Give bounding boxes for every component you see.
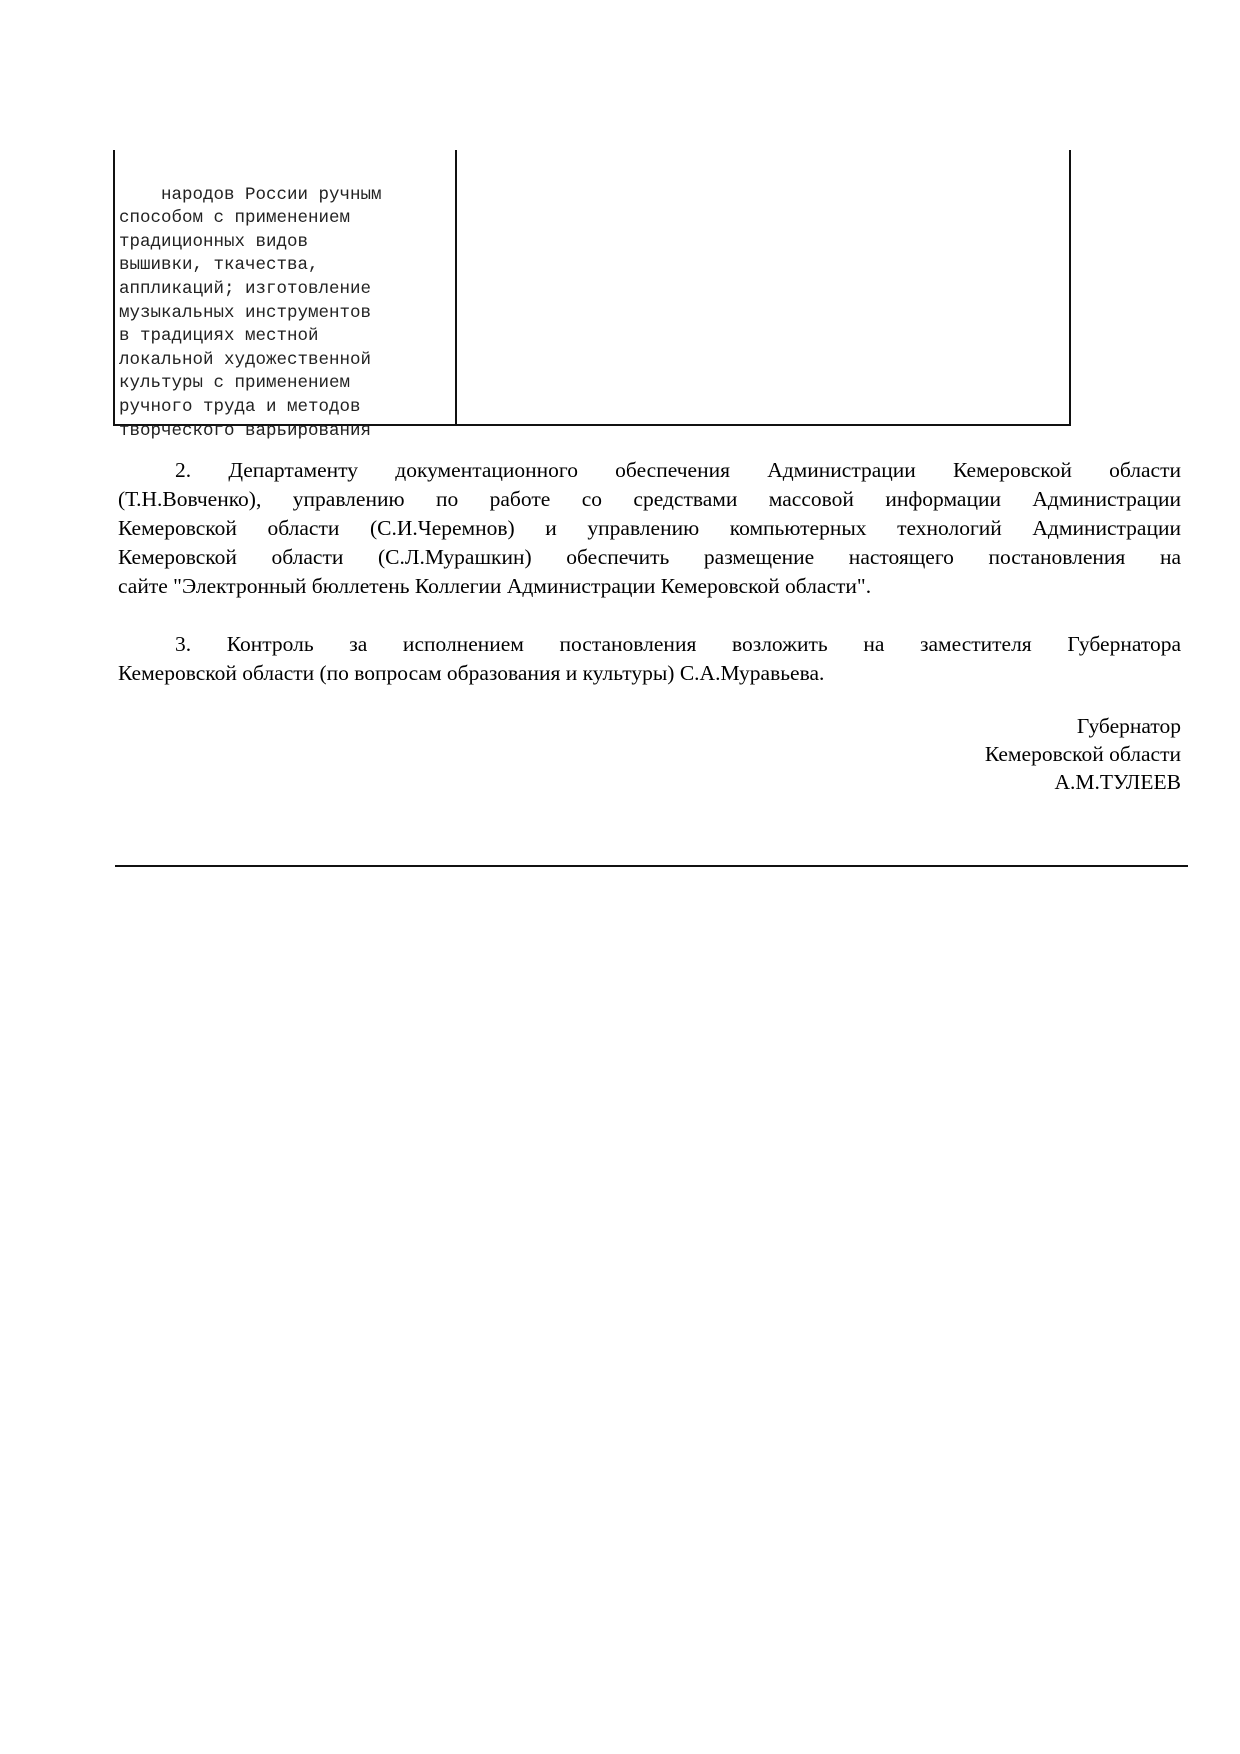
table-cell-line: творческого варьирования	[119, 421, 371, 441]
paragraph-line: (Т.Н.Вовченко), управлению по работе со …	[118, 485, 1181, 514]
table-cell-line: аппликаций; изготовление	[119, 279, 371, 299]
horizontal-rule	[115, 865, 1188, 867]
signature-name: А.М.ТУЛЕЕВ	[985, 768, 1181, 796]
paragraph-3: 3. Контроль за исполнением постановления…	[118, 630, 1181, 688]
continuation-table: народов России ручным способом с примене…	[113, 150, 1071, 426]
table-cell-description: народов России ручным способом с примене…	[119, 160, 451, 467]
signature-region: Кемеровской области	[985, 740, 1181, 768]
table-cell-line: вышивки, ткачества,	[119, 255, 319, 275]
paragraph-line: сайте "Электронный бюллетень Коллегии Ад…	[118, 572, 1181, 601]
table-cell-line: способом с применением	[119, 208, 350, 228]
table-cell-line: культуры с применением	[119, 373, 350, 393]
paragraph-line: Кемеровской области (С.Л.Мурашкин) обесп…	[118, 543, 1181, 572]
table-column-divider	[455, 150, 457, 424]
signature-title: Губернатор	[985, 712, 1181, 740]
signature-block: Губернатор Кемеровской области А.М.ТУЛЕЕ…	[985, 712, 1181, 796]
table-cell-line: традиционных видов	[119, 232, 308, 252]
paragraph-line: Кемеровской области (по вопросам образов…	[118, 659, 1181, 688]
table-cell-line: музыкальных инструментов	[119, 303, 371, 323]
paragraph-line: Кемеровской области (С.И.Черемнов) и упр…	[118, 514, 1181, 543]
paragraph-2: 2. Департаменту документационного обеспе…	[118, 456, 1181, 601]
table-cell-line: в традициях местной	[119, 326, 319, 346]
table-cell-line: народов России ручным	[161, 185, 382, 205]
table-cell-line: ручного труда и методов	[119, 397, 361, 417]
table-cell-line: локальной художественной	[119, 350, 371, 370]
paragraph-line: 2. Департаменту документационного обеспе…	[118, 456, 1181, 485]
paragraph-line: 3. Контроль за исполнением постановления…	[118, 630, 1181, 659]
table-cell-empty	[459, 160, 1065, 420]
